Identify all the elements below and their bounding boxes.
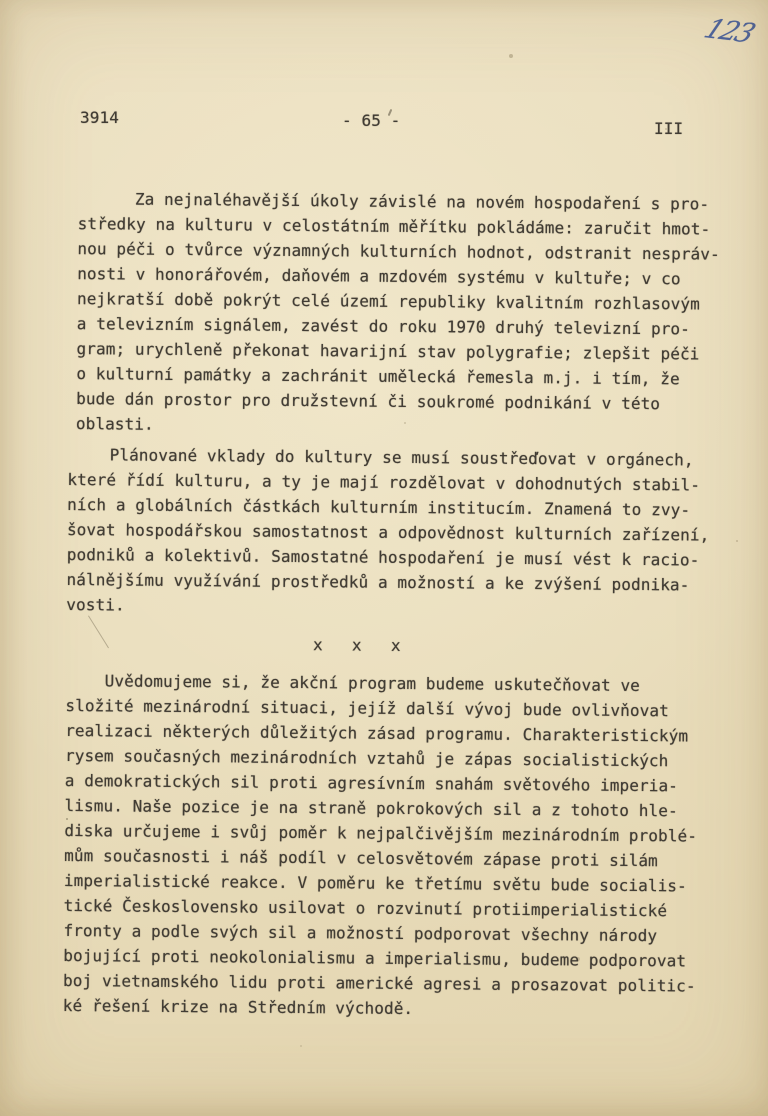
paragraph-tasks: Za nejnaléhavější úkoly závislé na novém… xyxy=(76,186,735,442)
paragraph-planned-investments: Plánované vklady do kultury se musí sous… xyxy=(66,442,733,623)
document-body: Za nejnaléhavější úkoly závislé na novém… xyxy=(63,186,735,1024)
paragraph-international-situation: Uvědomujeme si, že akční program budeme … xyxy=(63,668,731,1024)
section-number: III xyxy=(654,119,683,138)
scanned-document-page: 123 3914 - 65 - III Za nejnaléhavější úk… xyxy=(0,0,768,1116)
paper-flecks xyxy=(0,0,2,2)
page-number: - 65 - xyxy=(342,111,400,130)
handwritten-page-number: 123 xyxy=(699,14,758,49)
document-number: 3914 xyxy=(80,108,119,127)
section-separator: x x x xyxy=(313,632,731,661)
